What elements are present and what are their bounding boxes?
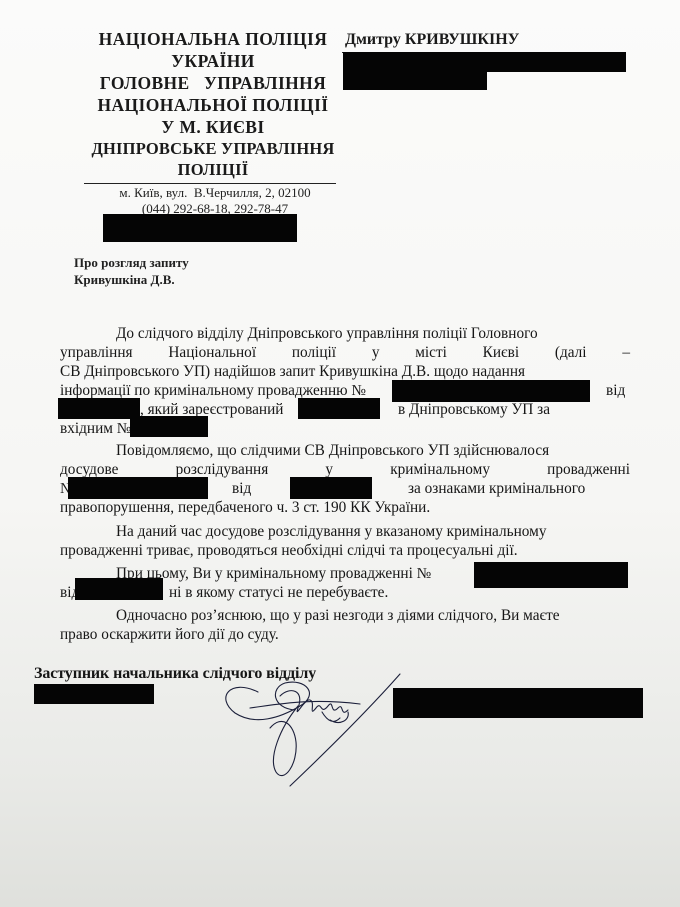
- body-line: До слідчого відділу Дніпровського управл…: [116, 324, 630, 343]
- body-line: правопорушення, передбаченого ч. 3 ст. 1…: [60, 498, 630, 517]
- letterhead-divider: [84, 183, 336, 184]
- body-line: ні в якому статусі не перебуваєте.: [169, 583, 388, 602]
- org-line: ДНІПРОВСЬКЕ УПРАВЛІННЯ: [88, 138, 338, 159]
- word: місті: [415, 343, 447, 362]
- word: поліції: [292, 343, 336, 362]
- redacted-addressee-address: [343, 52, 626, 72]
- letterhead-contacts: м. Київ, вул. В.Черчилля, 2, 02100 (044)…: [90, 185, 340, 217]
- redacted-addressee-address-2: [343, 70, 487, 90]
- address-line: м. Київ, вул. В.Черчилля, 2, 02100: [90, 185, 340, 201]
- redacted-case-date-3: [75, 578, 163, 600]
- body-line: за ознаками кримінального: [408, 479, 630, 498]
- org-line: УКРАЇНИ: [88, 50, 338, 72]
- subject-line: Про розгляд запиту: [74, 254, 189, 271]
- body-line: На даний час досудове розслідування у вк…: [116, 522, 630, 541]
- org-line: ГОЛОВНЕ УПРАВЛІННЯ: [88, 72, 338, 94]
- body-line: в Дніпровському УП за: [398, 400, 630, 419]
- word: кримінальному: [390, 460, 490, 479]
- body-line: Одночасно роз’яснюю, що у разі незгоди з…: [116, 606, 630, 625]
- subject: Про розгляд запиту Кривушкіна Д.В.: [74, 254, 189, 288]
- redacted-case-date: [58, 398, 140, 419]
- word: провадженні: [547, 460, 630, 479]
- org-line: ПОЛІЦІЇ: [88, 159, 338, 180]
- org-line: НАЦІОНАЛЬНОЇ ПОЛІЦІЇ: [88, 94, 338, 116]
- body-line: право оскаржити його дії до суду.: [60, 625, 630, 644]
- redacted-registration-date: [298, 398, 380, 419]
- redacted-case-date-2: [290, 477, 372, 499]
- word: Національної: [168, 343, 256, 362]
- word: –: [622, 343, 630, 362]
- word: Києві: [483, 343, 519, 362]
- word: (далі: [555, 343, 587, 362]
- word: управління: [60, 343, 133, 362]
- redacted-case-number: [392, 380, 590, 402]
- letterhead: НАЦІОНАЛЬНА ПОЛІЦІЯ УКРАЇНИ ГОЛОВНЕ УПРА…: [88, 28, 338, 180]
- redacted-outgoing-number: [103, 214, 297, 242]
- body-line: вхідним №: [60, 419, 131, 438]
- redacted-incoming-number: [130, 416, 208, 437]
- body-line: СВ Дніпровського УП) надійшов запит Крив…: [60, 362, 630, 381]
- redacted-signatory-name: [393, 688, 643, 718]
- redacted-case-number-3: [474, 562, 628, 588]
- redacted-signatory-rank: [34, 684, 154, 704]
- org-line: У М. КИЄВІ: [88, 116, 338, 138]
- handwritten-signature: [210, 668, 420, 788]
- addressee-name: Дмитру КРИВУШКІНУ: [345, 31, 519, 49]
- subject-line: Кривушкіна Д.В.: [74, 271, 189, 288]
- body-line: управління Національної поліції у місті …: [60, 343, 630, 362]
- body-line: Повідомляємо, що слідчими СВ Дніпровсько…: [116, 441, 630, 460]
- body-line: від: [606, 381, 625, 400]
- word: у: [372, 343, 380, 362]
- redacted-case-number-2: [68, 477, 208, 499]
- body-line: від: [232, 479, 251, 498]
- org-line: НАЦІОНАЛЬНА ПОЛІЦІЯ: [88, 28, 338, 50]
- body-line: провадженні триває, проводяться необхідн…: [60, 541, 630, 560]
- body-line: При цьому, Ви у кримінальному провадженн…: [116, 564, 431, 583]
